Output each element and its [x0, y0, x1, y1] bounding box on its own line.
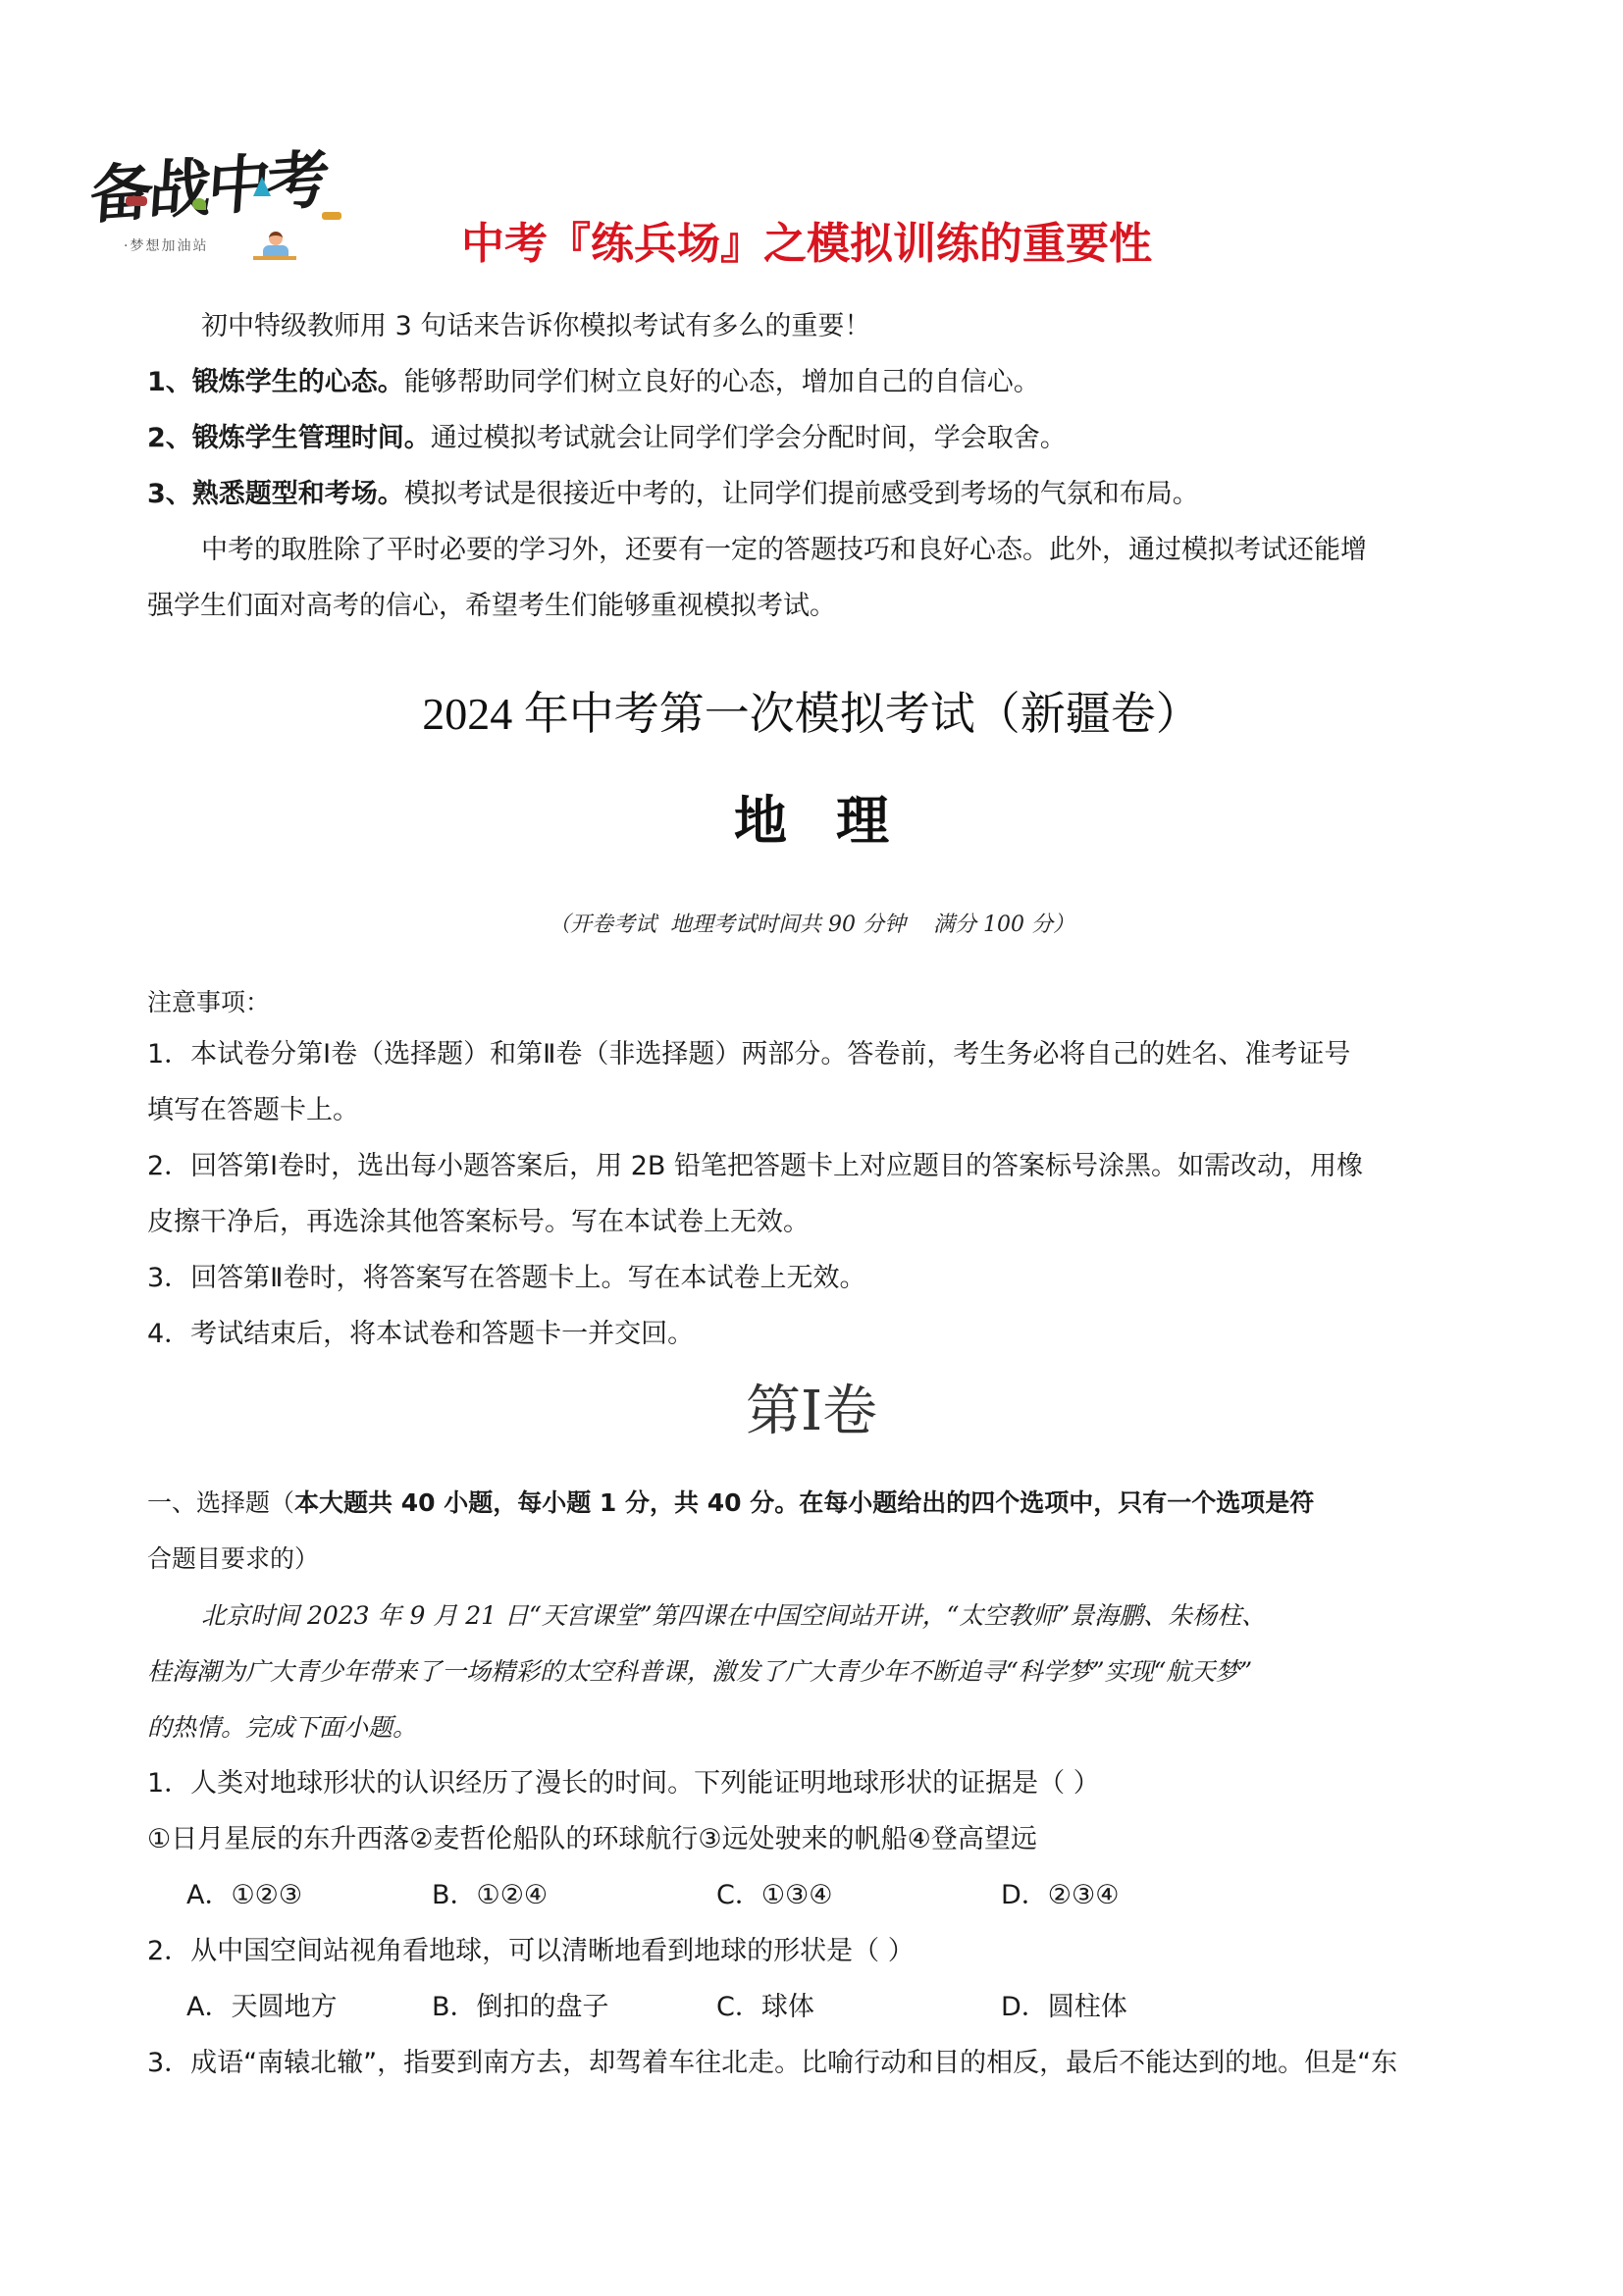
notice-line: 4．考试结束后，将本试卷和答题卡一并交回。: [147, 1318, 694, 1351]
passage-line: 桂海潮为广大青少年带来了一场精彩的太空科普课，激发了广大青少年不断追寻“科学梦”…: [147, 1655, 1252, 1689]
question-1-option-a[interactable]: A．①②③: [186, 1879, 302, 1912]
point-body: 能够帮助同学们树立良好的心态，增加自己的自信心。: [404, 367, 1040, 397]
question-2-stem: 2．从中国空间站视角看地球，可以清晰地看到地球的形状是（ ）: [147, 1935, 915, 1968]
exam-title: 2024 年中考第一次模拟考试（新疆卷）: [0, 687, 1623, 742]
logo-accent-icon: [322, 212, 341, 220]
question-1-option-b[interactable]: B．①②④: [432, 1879, 548, 1912]
point-number: 3、: [147, 479, 192, 509]
promo-intro: 初中特级教师用 3 句话来告诉你模拟考试有多么的重要！: [201, 310, 870, 343]
brand-logo: 备战中考 ·梦想加油站: [86, 137, 400, 265]
notice-line: 填写在答题卡上。: [147, 1094, 359, 1127]
passage-line: 北京时间 2023 年 9 月 21 日“天宫课堂”第四课在中国空间站开讲，“太…: [201, 1599, 1266, 1633]
question-2-option-d[interactable]: D．圆柱体: [1001, 1991, 1127, 2024]
notice-line: 1．本试卷分第Ⅰ卷（选择题）和第Ⅱ卷（非选择题）两部分。答卷前，考生务必将自己的…: [147, 1038, 1350, 1071]
question-1-option-d[interactable]: D．②③④: [1001, 1879, 1119, 1912]
exam-info: （开卷考试 地理考试时间共 90 分钟 满分 100 分）: [0, 911, 1623, 940]
notice-line: 2．回答第Ⅰ卷时，选出每小题答案后，用 2B 铅笔把答题卡上对应题目的答案标号涂…: [147, 1150, 1363, 1183]
promo-point-3: 3、熟悉题型和考场。模拟考试是很接近中考的，让同学们提前感受到考场的气氛和布局。: [147, 478, 1199, 511]
promo-point-2: 2、锻炼学生管理时间。通过模拟考试就会让同学们学会分配时间，学会取舍。: [147, 422, 1067, 455]
promo-closing-line-1: 中考的取胜除了平时必要的学习外，还要有一定的答题技巧和良好心态。此外，通过模拟考…: [201, 534, 1367, 567]
question-3-stem: 3．成语“南辕北辙”，指要到南方去，却驾着车往北走。比喻行动和目的相反，最后不能…: [147, 2047, 1397, 2080]
point-heading: 锻炼学生的心态。: [192, 367, 404, 397]
section-header-line-2: 合题目要求的）: [147, 1542, 319, 1576]
point-number: 1、: [147, 367, 192, 397]
point-number: 2、: [147, 423, 192, 453]
section-rules: 本大题共 40 小题，每小题 1 分，共 40 分。在每小题给出的四个选项中，只…: [294, 1488, 1314, 1517]
point-body: 模拟考试是很接近中考的，让同学们提前感受到考场的气氛和布局。: [404, 479, 1199, 509]
promo-point-1: 1、锻炼学生的心态。能够帮助同学们树立良好的心态，增加自己的自信心。: [147, 366, 1040, 399]
question-1-stem: 1．人类对地球形状的认识经历了漫长的时间。下列能证明地球形状的证据是（ ）: [147, 1767, 1100, 1800]
question-2-option-b[interactable]: B．倒扣的盘子: [432, 1991, 609, 2024]
logo-subtitle: ·梦想加油站: [124, 235, 208, 255]
promo-closing-line-2: 强学生们面对高考的信心，希望考生们能够重视模拟考试。: [147, 590, 836, 623]
student-figure-icon: [253, 232, 296, 261]
question-2-option-c[interactable]: C．球体: [716, 1991, 814, 2024]
notice-line: 皮擦干净后，再选涂其他答案标号。写在本试卷上无效。: [147, 1206, 810, 1239]
subject-title: 地理: [0, 790, 1623, 853]
question-2-option-a[interactable]: A．天圆地方: [186, 1991, 337, 2024]
logo-accent-icon: [192, 198, 206, 210]
notice-heading: 注意事项：: [147, 986, 270, 1019]
volume-title: 第Ⅰ卷: [0, 1379, 1623, 1445]
notice-line: 3．回答第Ⅱ卷时，将答案写在答题卡上。写在本试卷上无效。: [147, 1262, 865, 1295]
section-header-line-1: 一、选择题（本大题共 40 小题，每小题 1 分，共 40 分。在每小题给出的四…: [147, 1487, 1314, 1520]
point-heading: 锻炼学生管理时间。: [192, 423, 431, 453]
question-1-option-c[interactable]: C．①③④: [716, 1879, 832, 1912]
point-heading: 熟悉题型和考场。: [192, 479, 404, 509]
logo-accent-icon: [126, 196, 147, 206]
section-prefix: 一、选择题（: [147, 1488, 294, 1517]
passage-line: 的热情。完成下面小题。: [147, 1711, 417, 1745]
point-body: 通过模拟考试就会让同学们学会分配时间，学会取舍。: [431, 423, 1067, 453]
question-1-statements: ①日月星辰的东升西落②麦哲伦船队的环球航行③远处驶来的帆船④登高望远: [147, 1823, 1037, 1856]
promo-title: 中考『练兵场』之模拟训练的重要性: [461, 208, 1152, 271]
logo-text: 备战中考: [87, 129, 329, 235]
